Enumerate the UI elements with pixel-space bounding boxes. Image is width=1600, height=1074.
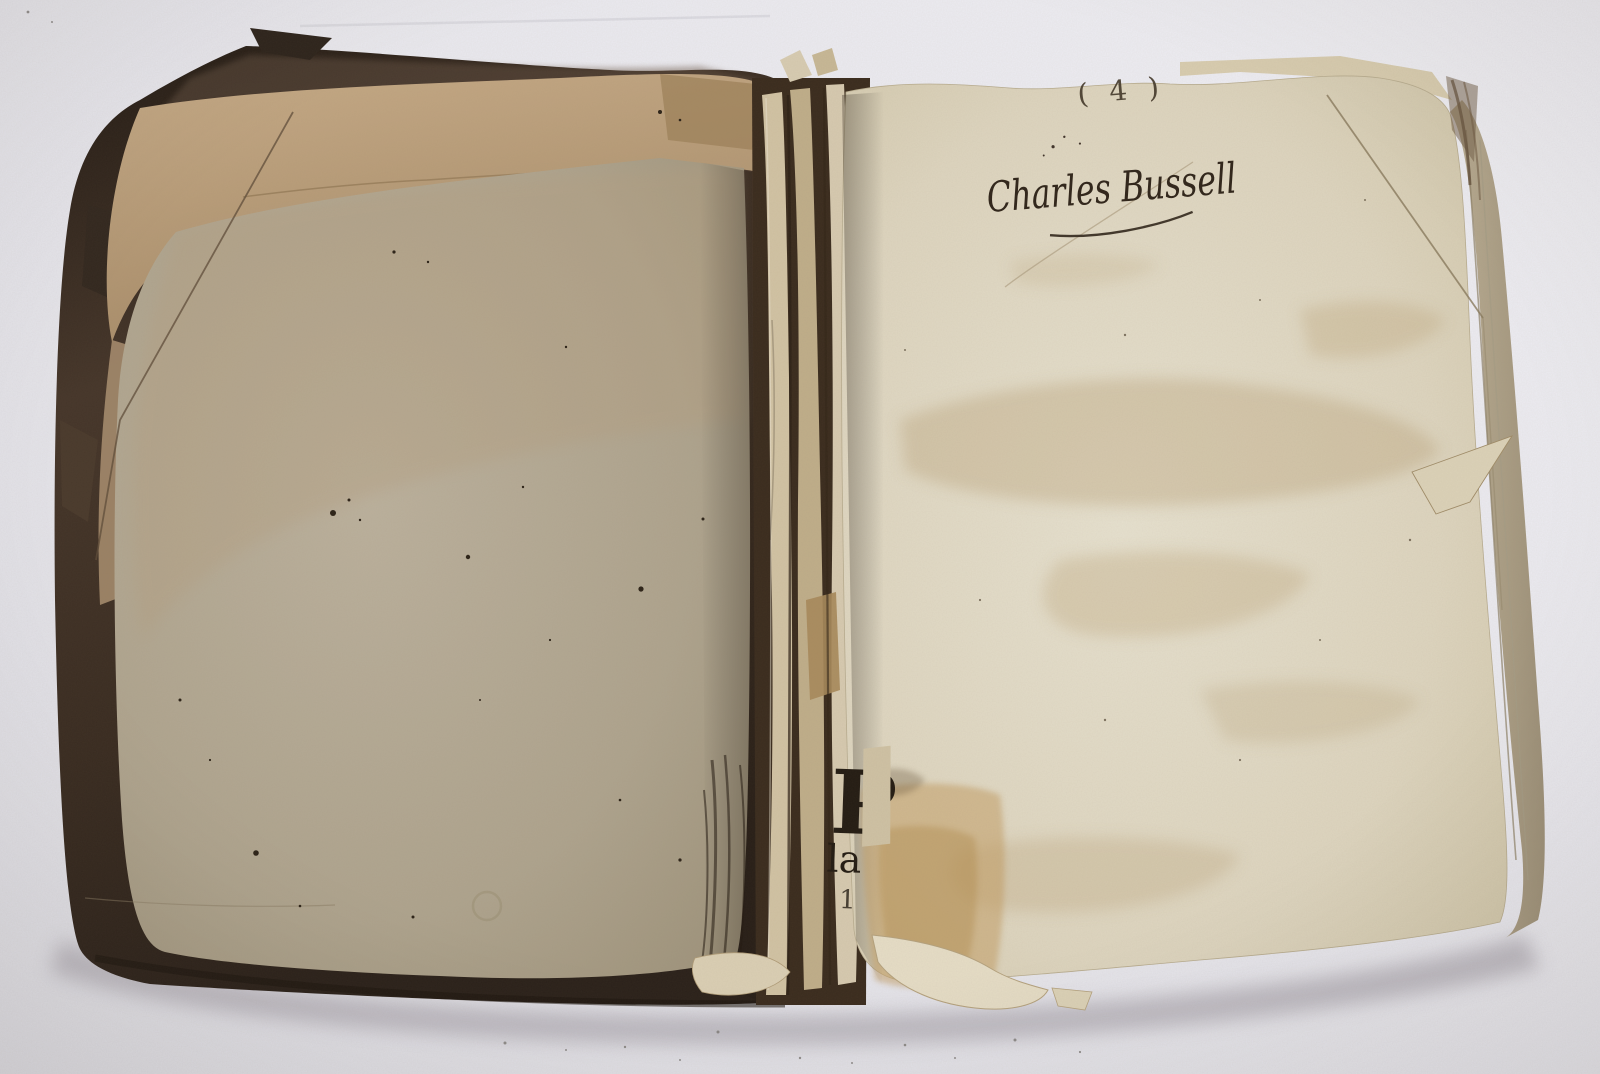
spine-tan-fragment bbox=[806, 592, 840, 700]
book-photo-scene: P la 1 ( 4 ) Charles Bussell bbox=[0, 0, 1600, 1074]
photo-of-open-antique-book: P la 1 ( 4 ) Charles Bussell bbox=[0, 0, 1600, 1074]
turn-in-dark-patch bbox=[660, 74, 756, 150]
printed-tear-cover bbox=[860, 745, 894, 848]
left-pastedown bbox=[85, 110, 756, 1000]
printed-letters: la bbox=[826, 837, 862, 882]
printed-letters-partial: 1 bbox=[839, 885, 857, 916]
